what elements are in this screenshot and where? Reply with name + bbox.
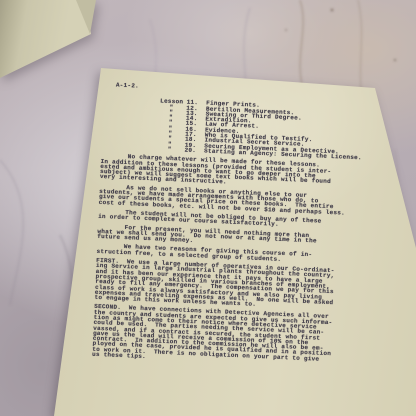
document-paragraphs: No charge whatever will be made for thes…: [92, 153, 381, 369]
document-wrap: A-1-2. Lesson11.Finger Prints."12.Bertil…: [0, 0, 416, 416]
ditto-mark: ": [157, 146, 182, 152]
lesson-number: 20.: [182, 147, 196, 153]
photo-scene: A-1-2. Lesson11.Finger Prints."12.Bertil…: [0, 0, 416, 416]
paragraph-second-reason: SECOND. We have connections with Detecti…: [92, 304, 374, 369]
lesson-list: Lesson11.Finger Prints."12.Bertillon Mea…: [157, 99, 383, 162]
document-content: A-1-2. Lesson11.Finger Prints."12.Bertil…: [92, 82, 384, 373]
